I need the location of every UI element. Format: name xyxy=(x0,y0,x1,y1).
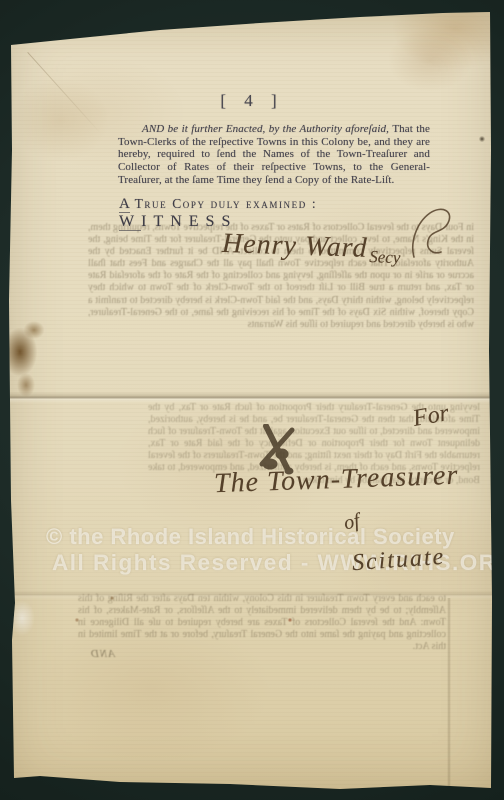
scan-background: in Four Days to the ſeveral Collectors o… xyxy=(0,0,504,800)
document-page: in Four Days to the ſeveral Collectors o… xyxy=(0,0,504,800)
docket-for: For xyxy=(411,400,451,433)
signature-flourish xyxy=(408,203,460,261)
docket-town-treasurer: The Town-Treasurer xyxy=(214,460,459,501)
page-number: [ 4 ] xyxy=(0,91,504,111)
witness-initial: W xyxy=(119,213,141,231)
signature-name: Henry Ward xyxy=(222,228,369,264)
horizontal-fold-crease xyxy=(9,392,492,403)
attestation-line: A True Copy duly examined : xyxy=(119,195,317,213)
witness-label: WITNESS xyxy=(119,213,237,231)
vertical-fold-crease xyxy=(447,598,451,788)
horizontal-fold-crease xyxy=(9,590,492,599)
bleedthrough-text: to each and every Town Treaſurer in this… xyxy=(78,593,446,665)
docket-of: of xyxy=(342,510,362,536)
act-paragraph-italic: AND be it further Enacted, by the Author… xyxy=(142,123,392,135)
docket-scituate: Scituate xyxy=(351,544,446,577)
paper-texture xyxy=(0,0,504,800)
signature-henry-ward: Henry WardSecy xyxy=(221,228,401,266)
attestation-text: True Copy duly examined : xyxy=(130,196,317,211)
attestation-initial: A xyxy=(119,196,130,213)
bleedthrough-word: AND xyxy=(90,648,115,660)
signature-title: Secy xyxy=(369,247,401,267)
watermark-line-1: © the Rhode Island Historical Society xyxy=(46,524,455,550)
act-paragraph: AND be it further Enacted, by the Author… xyxy=(118,123,430,187)
